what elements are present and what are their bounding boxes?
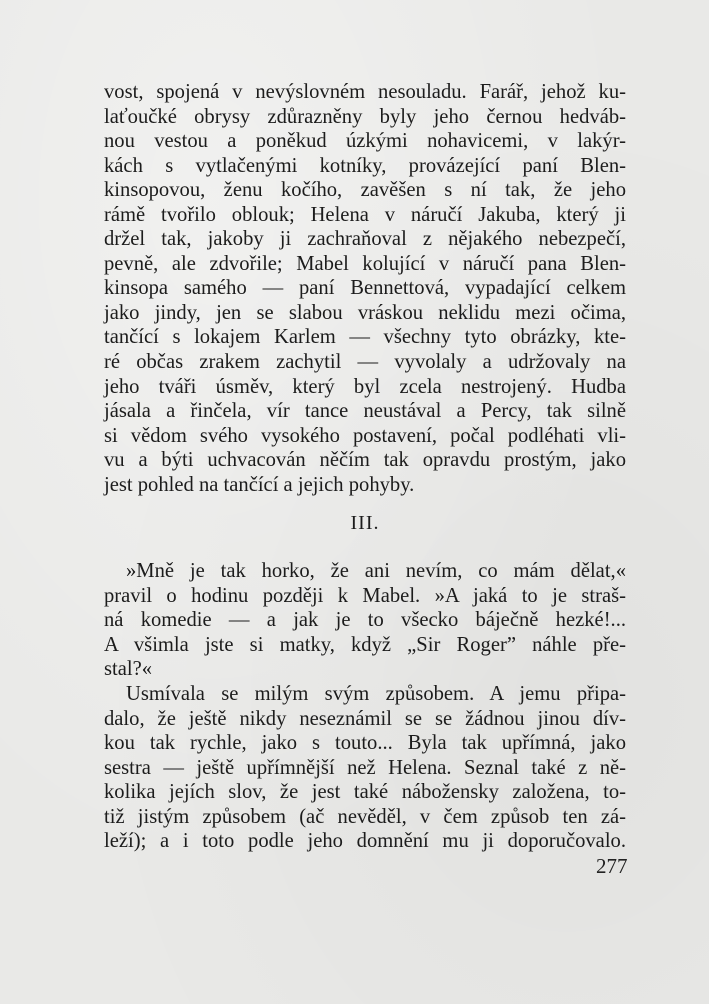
text-line: tančící s lokajem Karlem — všechny tyto … [104,325,626,350]
text-line: jásala a řinčela, vír tance neustával a … [104,399,626,424]
text-line: A všimla jste si matky, když „Sir Roger”… [104,633,626,658]
text-line: držel tak, jakoby ji zachraňoval z nějak… [104,227,626,252]
text-line: stal?« [104,657,626,682]
text-line: laťoučké obrysy zdůrazněny byly jeho čer… [104,105,626,130]
text-line: jeho tváři úsměv, který byl zcela nestro… [104,375,626,400]
paragraph-1: vost, spojená v nevýslovném nesouladu. F… [104,80,626,497]
section-heading: III. [104,497,626,545]
text-line: pevně, ale zdvořile; Mabel kolující v ná… [104,252,626,277]
text-line: vost, spojená v nevýslovném nesouladu. F… [104,80,626,105]
text-line: jako jindy, jen se slabou vráskou neklid… [104,301,626,326]
text-line: jest pohled na tančící a jejich pohyby. [104,473,626,498]
book-page: vost, spojená v nevýslovném nesouladu. F… [0,0,709,1004]
text-line: si vědom svého vysokého postavení, počal… [104,424,626,449]
text-line: kolika jejích slov, že jest také nábožen… [104,780,626,805]
text-line: dalo, že ještě nikdy neseznámil se se žá… [104,707,626,732]
text-line: nou vestou a poněkud úzkými nohavicemi, … [104,129,626,154]
paragraph-3: Usmívala se milým svým způsobem. A jemu … [104,682,626,854]
text-line: pravil o hodinu později k Mabel. »A jaká… [104,584,626,609]
paragraph-2: »Mně je tak horko, že ani nevím, co mám … [104,559,626,682]
text-line: »Mně je tak horko, že ani nevím, co mám … [104,559,626,584]
text-line: ré občas zrakem zachytil — vyvolaly a ud… [104,350,626,375]
text-line: sestra — ještě upřímnější než Helena. Se… [104,756,626,781]
text-line: Usmívala se milým svým způsobem. A jemu … [104,682,626,707]
page-text: vost, spojená v nevýslovném nesouladu. F… [104,80,626,854]
text-line: tiž jistým způsobem (ač nevěděl, v čem z… [104,805,626,830]
text-line: vu a býti uchvacován něčím tak opravdu p… [104,448,626,473]
text-line: kinsopa samého — paní Bennettová, vypada… [104,276,626,301]
text-line: rámě tvořilo oblouk; Helena v náručí Jak… [104,203,626,228]
text-line: kách s vytlačenými kotníky, provázející … [104,154,626,179]
text-line: kou tak rychle, jako s touto... Byla tak… [104,731,626,756]
text-line: ná komedie — a jak je to všecko báječně … [104,608,626,633]
spacer [104,545,626,559]
text-line: kinsopovou, ženu kočího, zavěšen s ní ta… [104,178,626,203]
page-number: 277 [596,854,628,879]
text-line: leží); a i toto podle jeho domnění mu ji… [104,829,626,854]
